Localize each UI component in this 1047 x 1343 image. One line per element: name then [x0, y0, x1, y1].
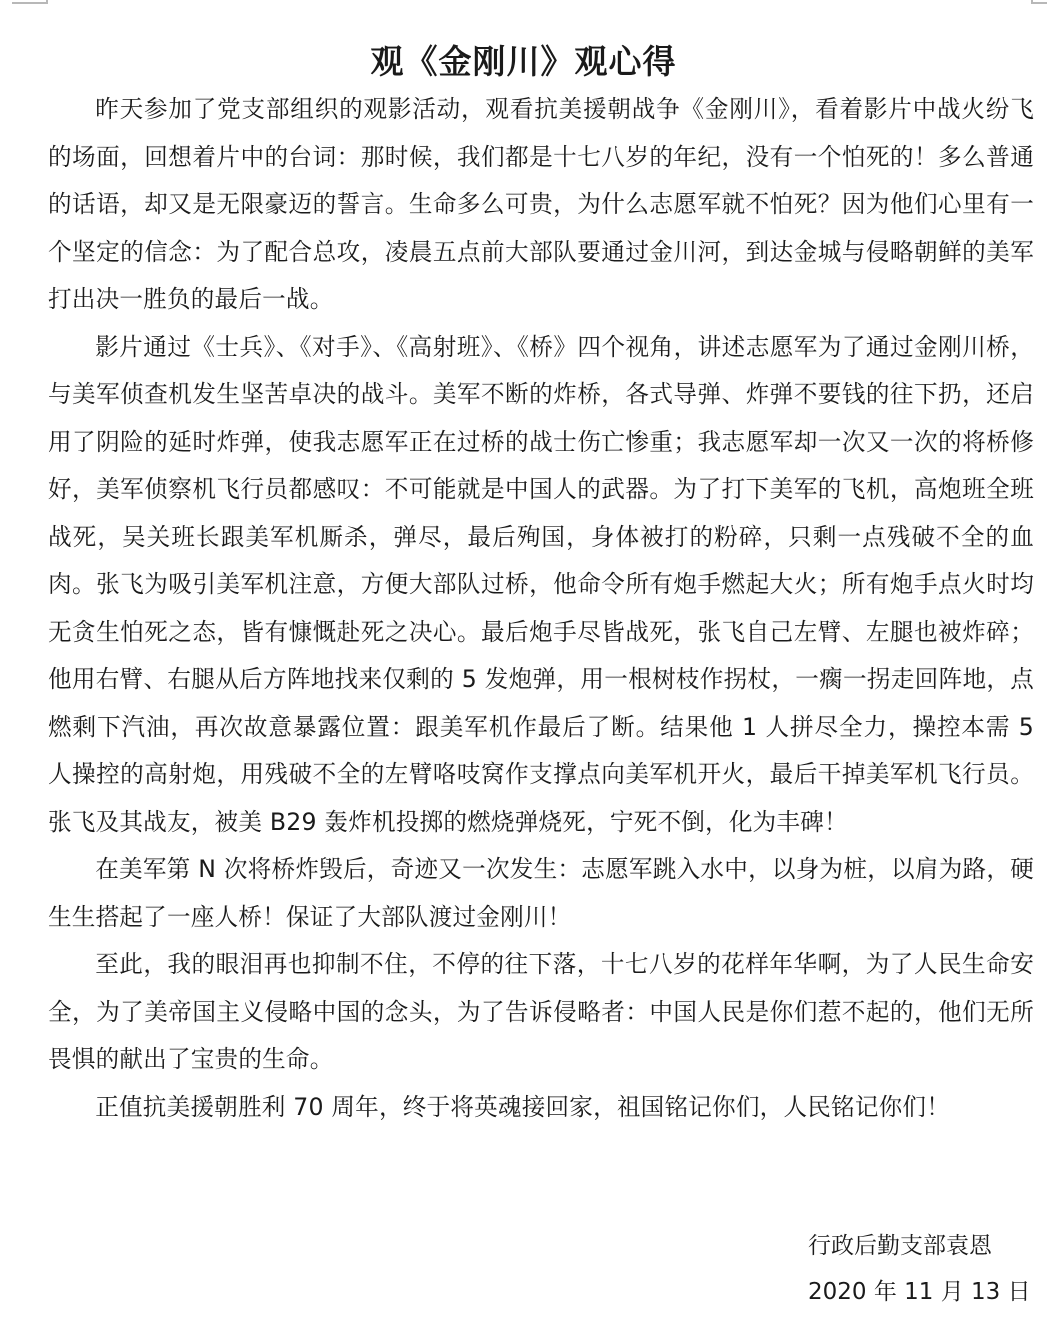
paragraph-5: 正值抗美援朝胜利 70 周年，终于将英魂接回家，祖国铭记你们，人民铭记你们！	[48, 1084, 1034, 1132]
paragraph-1: 昨天参加了党支部组织的观影活动，观看抗美援朝战争《金刚川》，看着影片中战火纷飞的…	[48, 86, 1034, 324]
page-corner-mark-left	[12, 0, 48, 4]
paragraph-4: 至此，我的眼泪再也抑制不住，不停的往下落，十七八岁的花样年华啊，为了人民生命安全…	[48, 941, 1034, 1084]
signature-author: 行政后勤支部袁恩	[808, 1226, 992, 1266]
page-corner-mark-right	[1031, 0, 1047, 4]
document-body: 昨天参加了党支部组织的观影活动，观看抗美援朝战争《金刚川》，看着影片中战火纷飞的…	[48, 86, 1034, 1131]
paragraph-3: 在美军第 N 次将桥炸毁后，奇迹又一次发生：志愿军跳入水中，以身为桩，以肩为路，…	[48, 846, 1034, 941]
signature-date: 2020 年 11 月 13 日	[808, 1272, 1031, 1312]
document-title: 观《金刚川》观心得	[0, 38, 1047, 86]
paragraph-2: 影片通过《士兵》、《对手》、《高射班》、《桥》四个视角，讲述志愿军为了通过金刚川…	[48, 324, 1034, 847]
